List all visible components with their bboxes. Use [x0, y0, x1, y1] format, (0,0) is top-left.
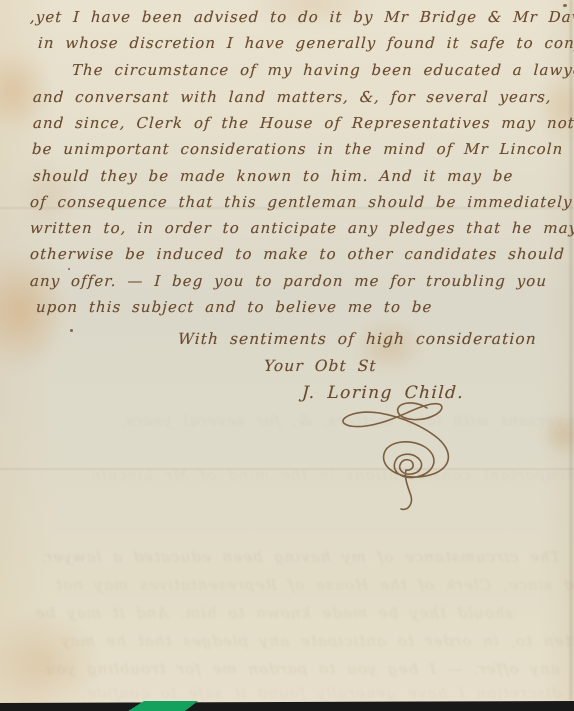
- manuscript-line: any offer. — I beg you to pardon me for …: [30, 272, 548, 290]
- verso-show-through-line: and since, Clerk of the House of Represe…: [55, 576, 574, 594]
- ink-speck: [563, 4, 567, 7]
- manuscript-line: in whose discretion I have generally fou…: [38, 34, 574, 52]
- ink-speck: [68, 268, 70, 270]
- manuscript-line: should they be made known to him. And it…: [33, 167, 514, 185]
- closing-sentiment-line: With sentiments of high consideration: [178, 330, 538, 348]
- ink-speck: [70, 329, 73, 332]
- valediction-line: Your Obt St: [264, 357, 378, 375]
- verso-show-through-line: The circumstance of my having been educa…: [40, 548, 561, 566]
- manuscript-line: ,yet I have been advised to do it by Mr …: [30, 8, 574, 26]
- signature-flourish-icon: [330, 398, 480, 538]
- verso-show-through-line: in whose discretion I have generally fou…: [80, 684, 574, 702]
- manuscript-line: be unimportant considerations in the min…: [32, 140, 564, 158]
- manuscript-page: The circumstance of my having been educa…: [0, 0, 574, 711]
- verso-show-through-line: any offer. — I beg you to pardon me for …: [45, 660, 560, 678]
- verso-show-through-line: should they be made known to him. And it…: [35, 604, 514, 622]
- page-edge-shadow: [570, 0, 572, 700]
- manuscript-line: The circumstance of my having been educa…: [72, 61, 574, 79]
- manuscript-line: and conversant with land matters, &, for…: [33, 88, 553, 106]
- manuscript-line: written to, in order to anticipate any p…: [30, 219, 574, 237]
- manuscript-line: of consequence that this gentleman shoul…: [30, 193, 574, 211]
- verso-show-through-line: written to, in order to anticipate any p…: [60, 632, 574, 650]
- manuscript-line: upon this subject and to believe me to b…: [36, 298, 433, 316]
- manuscript-line: and since, Clerk of the House of Represe…: [33, 114, 574, 132]
- manuscript-line: otherwise be induced to make to other ca…: [30, 245, 566, 263]
